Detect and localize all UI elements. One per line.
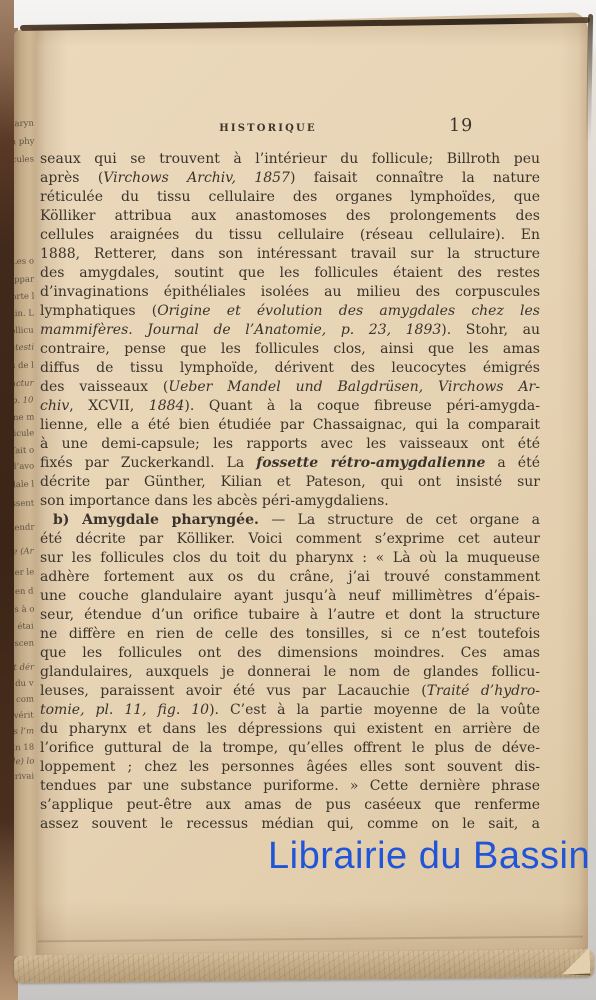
text-line: ne diffère en rien de celle des tonsille… [40,625,540,644]
text-line: mammifères. Journal de l’Anatomie, p. 23… [40,321,540,340]
text-line: des vaisseaux (Ueber Mandel und Balgdrüs… [40,378,540,397]
page-fragment: inner le [14,568,34,578]
text-line: lienne, elle a été bien étudiée par Chas… [40,416,540,435]
text-line: seur, étendue d’un orifice tubaire à l’a… [40,606,540,625]
page-fragment: haryn [14,120,34,130]
text-line: 1888, Retterer, dans son intéressant tra… [40,245,540,264]
page-fragment: pe (Ar [14,548,34,558]
page-fragment: a phy [14,138,34,148]
page-fragment: stin. L [14,310,34,320]
page-fragment: gdale l [14,480,34,490]
page-fragment: descen [14,639,34,649]
text-line: Kölliker attribua aux anastomoses des pr… [40,207,540,226]
page-fragment: ade) lo [14,757,34,767]
page-fragment: étendr [14,524,34,534]
page-fragment: e, étai [14,623,34,633]
page-fragment: s de l [14,362,34,372]
text-line: b) Amygdale pharyngée. — La structure de… [40,511,540,530]
running-header: HISTORIQUE 19 [40,116,540,138]
book-photo: haryna phyficules— Les oapparsorte lstin… [0,0,596,1000]
text-line: cellules araignées du tissu cellulaire (… [40,226,540,245]
watermark: Librairie du Bassin [268,835,590,878]
page-fragment: appar [14,276,34,286]
text-line: chiv, XCVII, 1884). Quant à la coque fib… [40,397,540,416]
page-fragment: En 18 [14,744,34,754]
text-line: glandulaires, auxquels je donnerai le no… [40,663,540,682]
text-line: une couche glandulaire ayant jusqu’à neu… [40,587,540,606]
text-line: après (Virchows Archiv, 1857) faisait co… [40,169,540,188]
page-fragment: écrivai [14,772,34,782]
text-line: réticulée du tissu cellulaire des organe… [40,188,540,207]
text-line: des amygdales, soutint que les follicule… [40,264,540,283]
page-fragment: sorte l [14,293,34,303]
page-fragment: a vérit [14,712,34,722]
text-line: leuses, paraissent avoir été vus par Lac… [40,682,540,701]
text-line: s’applique peut-être aux amas de pus cas… [40,796,540,815]
page-fragment: se com [14,695,34,705]
page-fragment: mps à o [14,605,34,615]
text-line: du pharynx et dans les dépressions qui e… [40,720,540,739]
page-fragment: intesti [14,344,34,354]
text-line: son importance dans les abcès péri-amygd… [40,492,540,511]
previous-page-edge: haryna phyficules— Les oapparsorte lstin… [14,30,36,956]
page-fragment: follicu [14,327,34,337]
text-line: que les follicules ont des dimensions mo… [40,644,540,663]
text-line: sur les follicules clos du toit du phary… [40,549,540,568]
text-line: fixés par Zuckerkandl. La fossette rétro… [40,454,540,473]
text-line: d’invaginations épithéliales isolées au … [40,283,540,302]
text-line: décrite par Günther, Kilian et Pateson, … [40,473,540,492]
page-fragment: — Les o [14,257,34,267]
page-number: 19 [449,116,473,136]
body-text: seaux qui se trouvent à l’intérieur du f… [40,150,540,834]
text-line: l’orifice guttural de la trompe, qu’elle… [40,739,540,758]
page-fragment: tructur [14,379,34,389]
page-fragment: fussent [14,499,34,509]
text-line: loppement ; chez les personnes âgées ell… [40,758,540,777]
text-line: à une demi-capsule; les rapports avec le… [40,435,540,454]
page-fragment: ollicule [14,429,34,439]
text-line: assez souvent le recessus médian qui, co… [40,815,540,834]
page-fragment: g. p. 10 [14,396,34,406]
text-line: seaux qui se trouvent à l’intérieur du f… [40,150,540,169]
text-line: lymphatiques (Origine et évolution des a… [40,302,540,321]
page-fragment: rane m [14,413,34,423]
text-line: adhère fortement aux os du crâne, j’ai t… [40,568,540,587]
page-fragment: ait en d [14,587,34,597]
page-fragment: n du v [14,680,34,690]
text-line: diffus de tissu lymphoïde, dérivent des … [40,359,540,378]
page-fragment: fait o [14,447,34,457]
page-fragment: ent dér [14,663,34,673]
text-line: tendues par une substance puriforme. » C… [40,777,540,796]
text-line: tomie, pl. 11, fig. 10). C’est à la part… [40,701,540,720]
text-line: contraire, pense que les follicules clos… [40,340,540,359]
text-line: été décrite par Kölliker. Voici comment … [40,530,540,549]
page-fragment: ficules [14,156,34,166]
header-title: HISTORIQUE [208,123,328,134]
page-fragment: t d’avo [14,462,34,472]
page-fragment: ous l’m [14,727,34,737]
